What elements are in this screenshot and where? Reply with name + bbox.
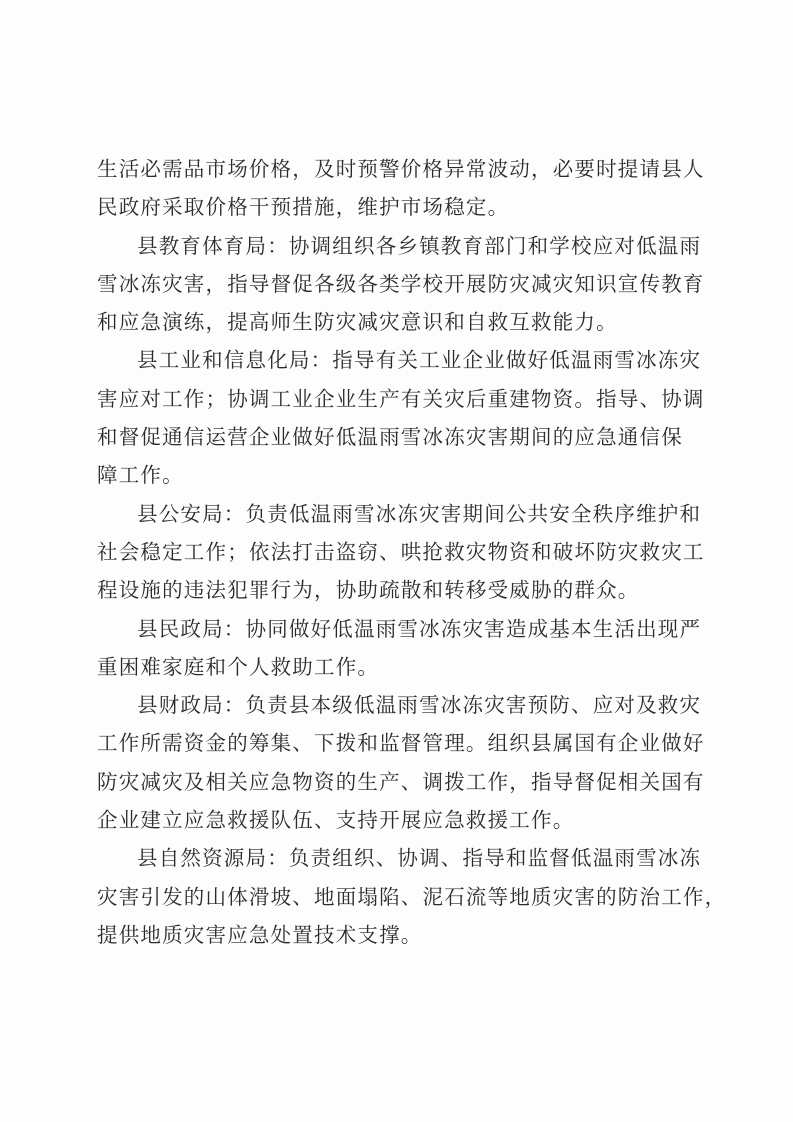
text-line: 民政府采取价格干预措施，维护市场稳定。 xyxy=(97,188,707,226)
text-line: 防灾减灾及相关应急物资的生产、调拨工作，指导督促相关国有 xyxy=(97,763,707,801)
text-line: 提供地质灾害应急处置技术支撑。 xyxy=(97,916,707,954)
text-line: 障工作。 xyxy=(97,456,707,494)
text-line: 灾害引发的山体滑坡、地面塌陷、泥石流等地质灾害的防治工作， xyxy=(97,878,707,916)
document-body: 生活必需品市场价格，及时预警价格异常波动，必要时提请县人 民政府采取价格干预措施… xyxy=(97,150,707,954)
text-line: 社会稳定工作；依法打击盗窃、哄抢救灾物资和破坏防灾救灾工 xyxy=(97,533,707,571)
document-page: 生活必需品市场价格，及时预警价格异常波动，必要时提请县人 民政府采取价格干预措施… xyxy=(0,0,793,1122)
text-line: 县公安局：负责低温雨雪冰冻灾害期间公共安全秩序维护和 xyxy=(97,495,707,533)
text-line: 和应急演练，提高师生防灾减灾意识和自救互救能力。 xyxy=(97,303,707,341)
text-line: 程设施的违法犯罪行为，协助疏散和转移受威胁的群众。 xyxy=(97,571,707,609)
text-line: 县自然资源局：负责组织、协调、指导和监督低温雨雪冰冻 xyxy=(97,839,707,877)
text-line: 县教育体育局：协调组织各乡镇教育部门和学校应对低温雨 xyxy=(97,227,707,265)
text-line: 企业建立应急救援队伍、支持开展应急救援工作。 xyxy=(97,801,707,839)
text-line: 害应对工作；协调工业企业生产有关灾后重建物资。指导、协调 xyxy=(97,380,707,418)
text-line: 重困难家庭和个人救助工作。 xyxy=(97,648,707,686)
text-line: 工作所需资金的筹集、下拨和监督管理。组织县属国有企业做好 xyxy=(97,724,707,762)
text-line: 县财政局：负责县本级低温雨雪冰冻灾害预防、应对及救灾 xyxy=(97,686,707,724)
text-line: 县民政局：协同做好低温雨雪冰冻灾害造成基本生活出现严 xyxy=(97,610,707,648)
text-line: 和督促通信运营企业做好低温雨雪冰冻灾害期间的应急通信保 xyxy=(97,418,707,456)
text-line: 县工业和信息化局：指导有关工业企业做好低温雨雪冰冻灾 xyxy=(97,341,707,379)
text-line: 雪冰冻灾害，指导督促各级各类学校开展防灾减灾知识宣传教育 xyxy=(97,265,707,303)
text-line: 生活必需品市场价格，及时预警价格异常波动，必要时提请县人 xyxy=(97,150,707,188)
